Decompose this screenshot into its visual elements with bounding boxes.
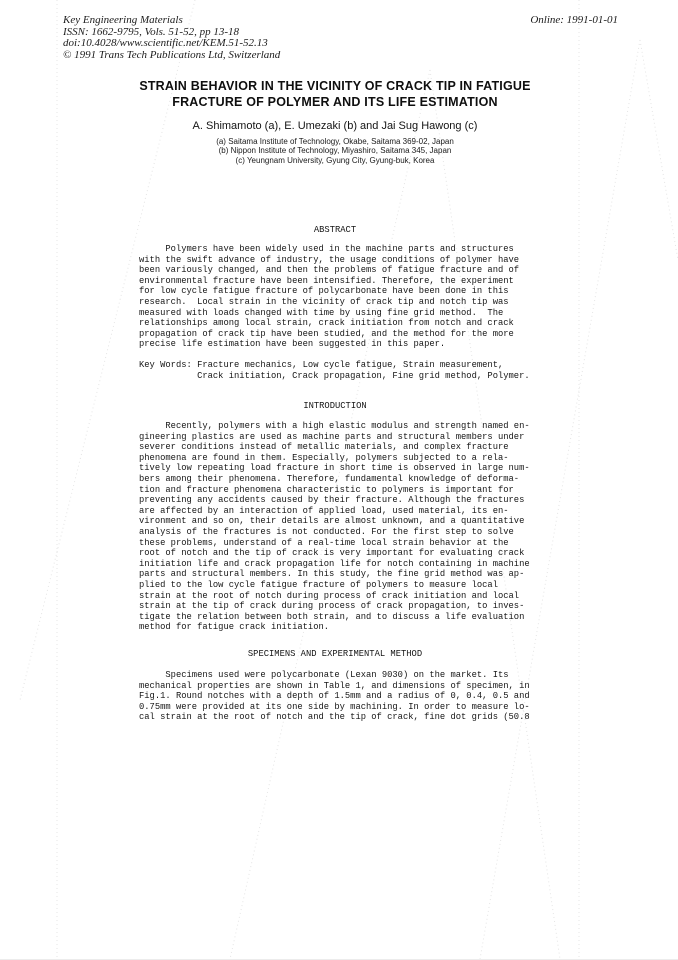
introduction-paragraph: Recently, polymers with a high elastic m… xyxy=(139,421,549,633)
abstract-heading: ABSTRACT xyxy=(139,225,531,236)
journal-copyright-line: © 1991 Trans Tech Publications Ltd, Swit… xyxy=(63,50,280,62)
paper-page: Key Engineering Materials ISSN: 1662-979… xyxy=(0,0,678,960)
specimens-paragraph: Specimens used were polycarbonate (Lexan… xyxy=(139,670,549,723)
affiliation-b: (b) Nippon Institute of Technology, Miya… xyxy=(100,146,570,155)
introduction-heading: INTRODUCTION xyxy=(139,401,531,412)
affiliation-a: (a) Saitama Institute of Technology, Oka… xyxy=(100,137,570,146)
affiliations: (a) Saitama Institute of Technology, Oka… xyxy=(100,137,570,165)
journal-name: Key Engineering Materials xyxy=(63,15,280,27)
affiliation-c: (c) Yeungnam University, Gyung City, Gyu… xyxy=(100,156,570,165)
abstract-paragraph: Polymers have been widely used in the ma… xyxy=(139,244,549,350)
online-date: Online: 1991-01-01 xyxy=(530,15,618,27)
authors-line: A. Shimamoto (a), E. Umezaki (b) and Jai… xyxy=(100,120,570,132)
specimens-heading: SPECIMENS AND EXPERIMENTAL METHOD xyxy=(139,649,531,660)
paper-title: STRAIN BEHAVIOR IN THE VICINITY OF CRACK… xyxy=(100,78,570,110)
paper-title-line-1: STRAIN BEHAVIOR IN THE VICINITY OF CRACK… xyxy=(100,78,570,94)
keywords-block: Key Words: Fracture mechanics, Low cycle… xyxy=(139,360,549,381)
paper-title-line-2: FRACTURE OF POLYMER AND ITS LIFE ESTIMAT… xyxy=(100,94,570,110)
journal-header: Key Engineering Materials ISSN: 1662-979… xyxy=(63,15,280,61)
